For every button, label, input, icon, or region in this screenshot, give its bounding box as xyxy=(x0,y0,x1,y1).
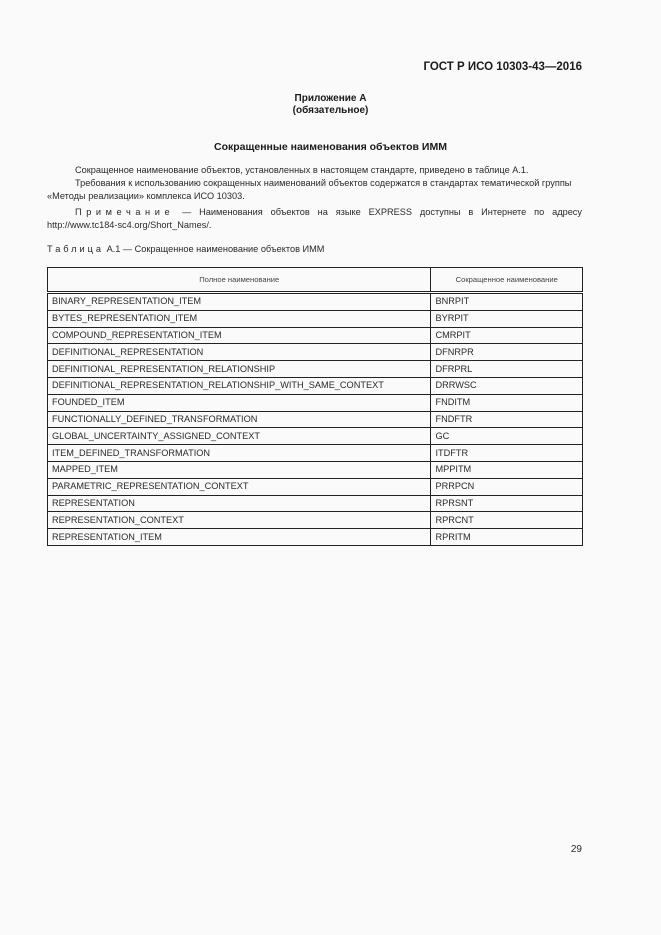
note-label: Примечание xyxy=(75,207,174,217)
short-name-cell: RPRCNT xyxy=(431,512,583,529)
short-name-cell: RPRITM xyxy=(431,529,583,546)
full-name-cell: DEFINITIONAL_REPRESENTATION_RELATIONSHIP… xyxy=(48,377,431,394)
full-name-cell: DEFINITIONAL_REPRESENTATION_RELATIONSHIP xyxy=(48,361,431,378)
table-header-row: Полное наименование Сокращенное наименов… xyxy=(48,268,583,293)
full-name-cell: COMPOUND_REPRESENTATION_ITEM xyxy=(48,327,431,344)
full-name-cell: PARAMETRIC_REPRESENTATION_CONTEXT xyxy=(48,478,431,495)
table-row: DEFINITIONAL_REPRESENTATIONDFNRPR xyxy=(48,344,583,361)
table-row: REPRESENTATIONRPRSNT xyxy=(48,495,583,512)
page-number: 29 xyxy=(560,844,582,855)
standard-code: ГОСТ Р ИСО 10303-43—2016 xyxy=(380,61,582,73)
full-name-cell: FOUNDED_ITEM xyxy=(48,394,431,411)
table-row: REPRESENTATION_CONTEXTRPRCNT xyxy=(48,512,583,529)
table-row: DEFINITIONAL_REPRESENTATION_RELATIONSHIP… xyxy=(48,361,583,378)
table-row: FUNCTIONALLY_DEFINED_TRANSFORMATIONFNDFT… xyxy=(48,411,583,428)
full-name-cell: MAPPED_ITEM xyxy=(48,461,431,478)
full-name-cell: ITEM_DEFINED_TRANSFORMATION xyxy=(48,445,431,462)
table-row: FOUNDED_ITEMFNDITM xyxy=(48,394,583,411)
full-name-cell: BYTES_REPRESENTATION_ITEM xyxy=(48,310,431,327)
table-row: REPRESENTATION_ITEMRPRITM xyxy=(48,529,583,546)
table-row: ITEM_DEFINED_TRANSFORMATIONITDFTR xyxy=(48,445,583,462)
short-name-cell: PRRPCN xyxy=(431,478,583,495)
table-row: BYTES_REPRESENTATION_ITEMBYRPIT xyxy=(48,310,583,327)
full-name-cell: BINARY_REPRESENTATION_ITEM xyxy=(48,293,431,311)
short-name-cell: ITDFTR xyxy=(431,445,583,462)
table-caption-text: А.1 — Сокращенное наименование объектов … xyxy=(104,244,324,254)
table-row: PARAMETRIC_REPRESENTATION_CONTEXTPRRPCN xyxy=(48,478,583,495)
appendix-status: (обязательное) xyxy=(0,105,661,116)
short-name-cell: GC xyxy=(431,428,583,445)
full-name-cell: REPRESENTATION xyxy=(48,495,431,512)
full-name-cell: REPRESENTATION_CONTEXT xyxy=(48,512,431,529)
table-row: GLOBAL_UNCERTAINTY_ASSIGNED_CONTEXTGC xyxy=(48,428,583,445)
appendix-title: Приложение А xyxy=(0,93,661,104)
short-name-cell: MPPITM xyxy=(431,461,583,478)
table-row: COMPOUND_REPRESENTATION_ITEMCMRPIT xyxy=(48,327,583,344)
short-name-cell: FNDITM xyxy=(431,394,583,411)
paragraph-2: Требования к использованию сокращенных н… xyxy=(47,177,582,203)
short-name-cell: DFRPRL xyxy=(431,361,583,378)
section-title: Сокращенные наименования объектов ИММ xyxy=(0,141,661,153)
full-name-cell: FUNCTIONALLY_DEFINED_TRANSFORMATION xyxy=(48,411,431,428)
full-name-cell: GLOBAL_UNCERTAINTY_ASSIGNED_CONTEXT xyxy=(48,428,431,445)
table-row: MAPPED_ITEMMPPITM xyxy=(48,461,583,478)
short-name-cell: BYRPIT xyxy=(431,310,583,327)
short-name-cell: DFNRPR xyxy=(431,344,583,361)
full-name-cell: DEFINITIONAL_REPRESENTATION xyxy=(48,344,431,361)
table-row: DEFINITIONAL_REPRESENTATION_RELATIONSHIP… xyxy=(48,377,583,394)
short-name-cell: DRRWSC xyxy=(431,377,583,394)
full-name-cell: REPRESENTATION_ITEM xyxy=(48,529,431,546)
table-caption-label: Таблица xyxy=(47,244,104,254)
note: Примечание — Наименования объектов на яз… xyxy=(47,206,582,232)
short-name-cell: CMRPIT xyxy=(431,327,583,344)
table-row: BINARY_REPRESENTATION_ITEMBNRPIT xyxy=(48,293,583,311)
short-name-cell: BNRPIT xyxy=(431,293,583,311)
short-name-cell: RPRSNT xyxy=(431,495,583,512)
table-caption: Таблица А.1 — Сокращенное наименование о… xyxy=(47,244,324,254)
column-header-short-name: Сокращенное наименование xyxy=(431,268,583,293)
column-header-full-name: Полное наименование xyxy=(48,268,431,293)
short-names-table: Полное наименование Сокращенное наименов… xyxy=(47,267,583,546)
short-name-cell: FNDFTR xyxy=(431,411,583,428)
paragraph-1: Сокращенное наименование объектов, устан… xyxy=(47,164,582,177)
